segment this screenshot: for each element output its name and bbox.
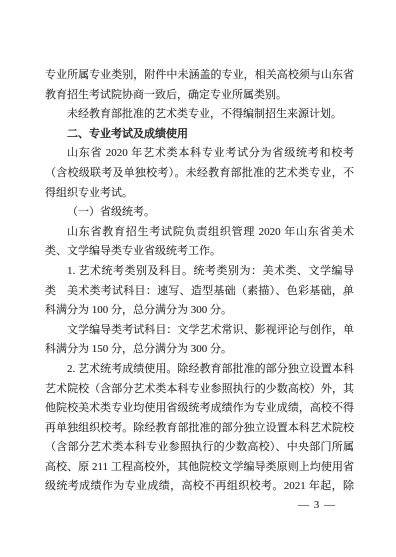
- document-page: 专业所属专业类别，附件中未涵盖的专业，相关高校须与山东省 教育招生考试院协商一致…: [0, 0, 396, 557]
- subsection-heading: （一）省级统考。: [45, 203, 354, 223]
- text-line: 文学编导类考试科目：文学艺术常识、影视评论与创作，单: [45, 321, 354, 341]
- text-line: 山东省教育招生考试院负责组织管理 2020 年山东省美术: [45, 223, 354, 243]
- text-line: 艺术院校（含部分艺术类本科专业参照执行的少数高校）外，其: [45, 380, 354, 400]
- text-line: 类、文学编导类专业省级统考工作。: [45, 242, 354, 262]
- text-line: 高校、原 211 工程高校外，其他院校文学编导类原则上均使用省: [45, 458, 354, 478]
- text-line: 再单独组织校考。除经教育部批准的部分独立设置本科艺术院校: [45, 419, 354, 439]
- text-line: 他院校美术类专业均使用省级统考成绩作为专业成绩，高校不得: [45, 399, 354, 419]
- text-line: （含校级联考及单独校考）。未经教育部批准的艺术类专业，不: [45, 164, 354, 184]
- document-text-block: 专业所属专业类别，附件中未涵盖的专业，相关高校须与山东省 教育招生考试院协商一致…: [45, 66, 354, 497]
- text-line: 山东省 2020 年艺术类本科专业考试分为省级统考和校考: [45, 144, 354, 164]
- text-line: 2. 艺术统考成绩使用。除经教育部批准的部分独立设置本科: [45, 360, 354, 380]
- text-line: 科满分为 150 分，总分满分为 300 分。: [45, 340, 354, 360]
- text-line: （含部分艺术类本科专业参照执行的少数高校）、中央部门所属: [45, 438, 354, 458]
- text-line: 得组织专业考试。: [45, 184, 354, 204]
- text-line: 美术类考试科目：速写、造型基础（素描）、色彩基础，单: [45, 282, 354, 302]
- text-line: 教育招生考试院协商一致后，确定专业所属类别。: [45, 86, 354, 106]
- text-line: 专业所属专业类别，附件中未涵盖的专业，相关高校须与山东省: [45, 66, 354, 86]
- section-heading: 二、专业考试及成绩使用: [45, 125, 354, 145]
- text-line: 级统考成绩作为专业成绩，高校不再组织校考。2021 年起，除: [45, 477, 354, 497]
- text-line: 未经教育部批准的艺术类专业，不得编制招生来源计划。: [45, 105, 354, 125]
- page-number: — 3 —: [298, 496, 336, 516]
- text-line: 科满分为 100 分，总分满分为 300 分。: [45, 301, 354, 321]
- text-line: 1. 艺术统考类别及科目。统考类别为：美术类、文学编导类。: [45, 262, 354, 282]
